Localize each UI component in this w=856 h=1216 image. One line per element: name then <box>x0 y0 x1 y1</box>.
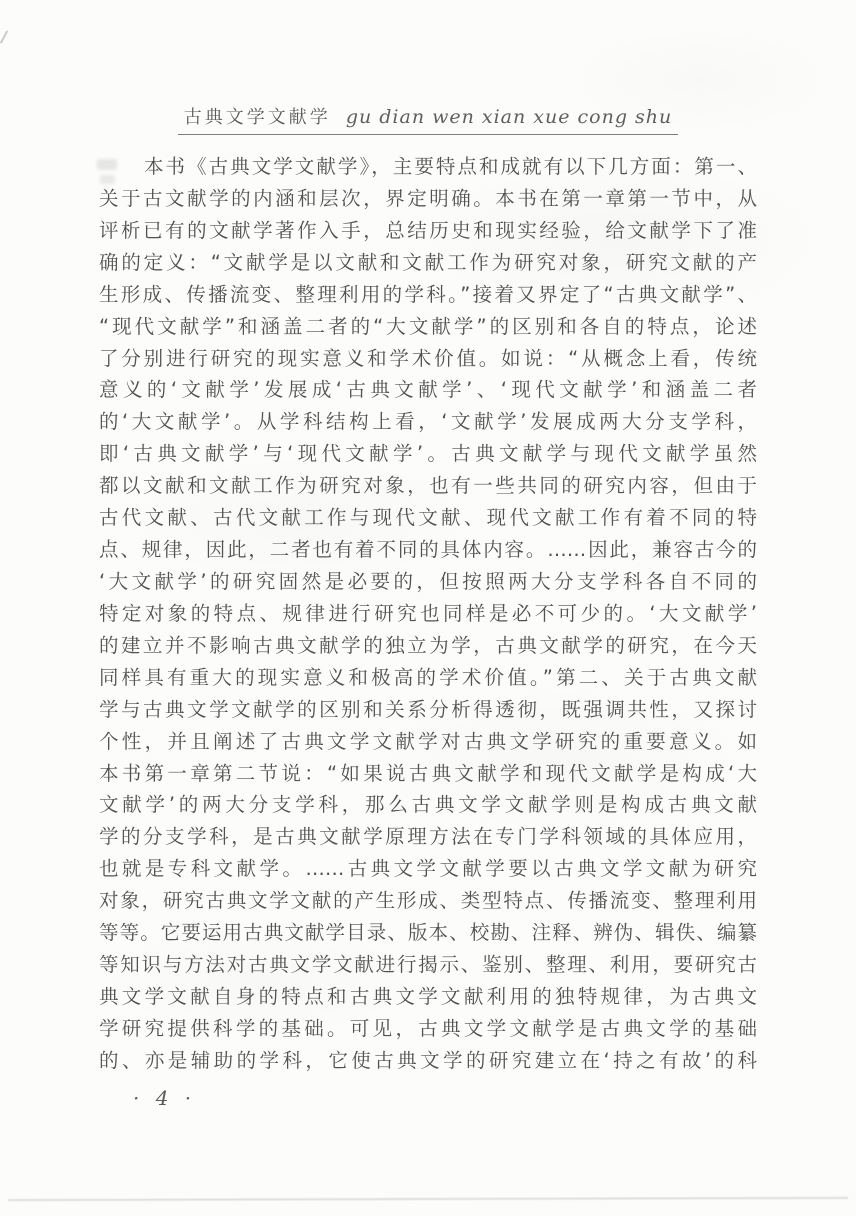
text-line: 文献学’的两大分支学科，那么古典文学文献学则是构成古典文献 <box>99 789 757 821</box>
text-line: 点、规律，因此，二者也有着不同的具体内容。……因此，兼容古今的 <box>99 534 757 566</box>
text-line: “现代文献学”和涵盖二者的“大文献学”的区别和各自的特点，论述 <box>99 311 757 343</box>
text-line: 本书《古典文学文献学》，主要特点和成就有以下几方面：第一、 <box>99 151 757 183</box>
running-header-underline: 古典文学文献学 gu dian wen xian xue cong shu <box>178 103 679 135</box>
text-line: 个性，并且阐述了古典文学文献学对古典文学研究的重要意义。如 <box>99 726 757 758</box>
text-line: 关于古文献学的内涵和层次，界定明确。本书在第一章第一节中，从 <box>99 183 757 215</box>
text-line: 都以文献和文献工作为研究对象，也有一些共同的研究内容，但由于 <box>99 470 757 502</box>
text-line: 特定对象的特点、规律进行研究也同样是必不可少的。‘大文献学’ <box>99 598 757 630</box>
running-header: 古典文学文献学 gu dian wen xian xue cong shu <box>0 103 856 135</box>
text-line: 古代文献、古代文献工作与现代文献、现代文献工作有着不同的特 <box>99 502 757 534</box>
text-line: 学研究提供科学的基础。可见，古典文学文献学是古典文学的基础 <box>99 1013 757 1045</box>
text-line: 等知识与方法对古典文学文献进行揭示、鉴别、整理、利用，要研究古 <box>99 949 757 981</box>
text-line: 确的定义：“文献学是以文献和文献工作为研究对象，研究文献的产 <box>99 247 757 279</box>
text-line: 意义的‘文献学’发展成‘古典文献学’、‘现代文献学’和涵盖二者 <box>99 374 757 406</box>
series-title-pinyin: gu dian wen xian xue cong shu <box>346 106 672 128</box>
text-line: 本书第一章第二节说：“如果说古典文献学和现代文献学是构成‘大 <box>99 758 757 790</box>
text-line: 的、亦是辅助的学科，它使古典文学的研究建立在‘持之有故’的科 <box>99 1045 757 1077</box>
body-paragraph: 本书《古典文学文献学》，主要特点和成就有以下几方面：第一、 关于古文献学的内涵和… <box>99 151 757 1077</box>
text-line: 学与古典文学文献学的区别和关系分析得透彻，既强调共性，又探讨 <box>99 694 757 726</box>
series-title-chinese: 古典文学文献学 <box>184 107 331 128</box>
page-number: · 4 · <box>133 1086 196 1110</box>
text-line: ‘大文献学’的研究固然是必要的，但按照两大分支学科各自不同的 <box>99 566 757 598</box>
text-line: 生形成、传播流变、整理利用的学科。”接着又界定了“古典文献学”、 <box>99 279 757 311</box>
text-line: 的‘大文献学’。从学科结构上看，‘文献学’发展成两大分支学科， <box>99 406 757 438</box>
text-line: 对象，研究古典文学文献的产生形成、类型特点、传播流变、整理利用 <box>99 885 757 917</box>
text-line: 即‘古典文献学’与‘现代文献学’。古典文献学与现代文献学虽然 <box>99 438 757 470</box>
text-line: 学的分支学科，是古典文献学原理方法在专门学科领域的具体应用， <box>99 821 757 853</box>
text-line: 同样具有重大的现实意义和极高的学术价值。”第二、关于古典文献 <box>99 662 757 694</box>
text-line: 典文学文献自身的特点和古典文学文献利用的独特规律，为古典文 <box>99 981 757 1013</box>
text-line: 的建立并不影响古典文献学的独立为学，古典文献学的研究，在今天 <box>99 630 757 662</box>
text-line: 了分别进行研究的现实意义和学术价值。如说：“从概念上看，传统 <box>99 343 757 375</box>
text-line: 也就是专科文献学。……古典文学文献学要以古典文学文献为研究 <box>99 853 757 885</box>
text-line: 评析已有的文献学著作入手，总结历史和现实经验，给文献学下了准 <box>99 215 757 247</box>
scanned-book-page: 古典文学文献学 gu dian wen xian xue cong shu 本书… <box>0 0 856 1216</box>
text-line: 等等。它要运用古典文献学目录、版本、校勘、注释、辨伪、辑佚、编纂 <box>99 917 757 949</box>
